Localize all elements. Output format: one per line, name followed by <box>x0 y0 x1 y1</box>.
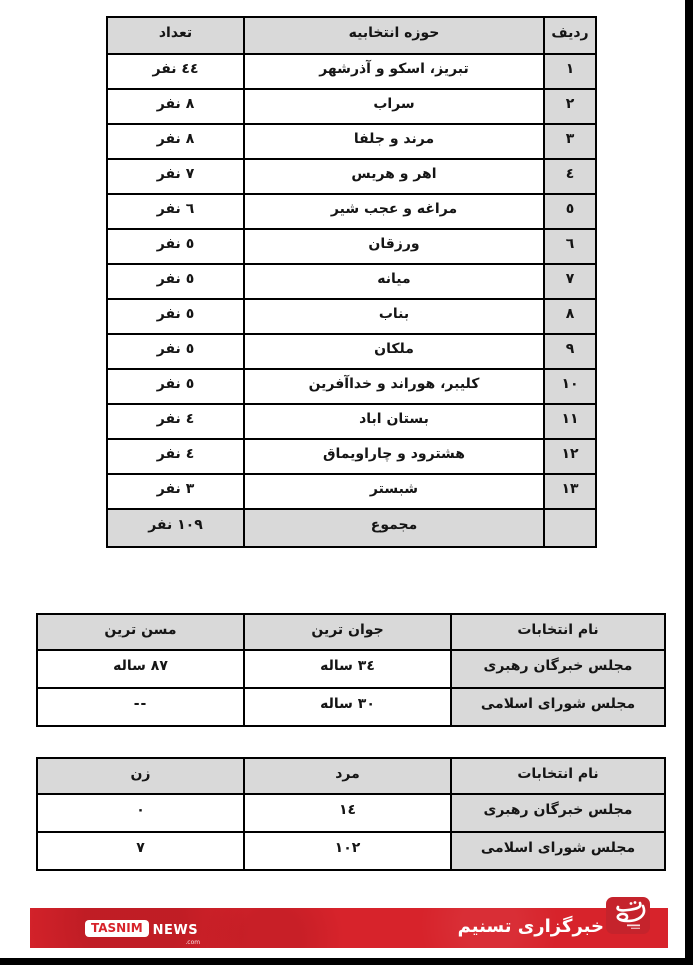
table-row: مجلس شورای اسلامی ١٠٢ ٧ <box>37 832 665 870</box>
row-number-cell: ٥ <box>544 194 596 229</box>
election-name-cell: مجلس شورای اسلامی <box>451 832 665 870</box>
table-row: ١٢ هشترود و چاراویماق ٤ نفر <box>107 439 596 474</box>
tasnim-logo-mark <box>606 897 650 934</box>
column-header-election-name: نام انتخابات <box>451 758 665 794</box>
oldest-age-cell: ٨٧ ساله <box>37 650 244 688</box>
table-row: ٨ بناب ٥ نفر <box>107 299 596 334</box>
table-row: ١ تبریز، اسکو و آذرشهر ٤٤ نفر <box>107 54 596 89</box>
total-row: مجموع ١٠٩ نفر <box>107 509 596 547</box>
district-cell: سراب <box>244 89 544 124</box>
count-cell: ٥ نفر <box>107 299 244 334</box>
youngest-age-cell: ٣٤ ساله <box>244 650 451 688</box>
district-cell: تبریز، اسکو و آذرشهر <box>244 54 544 89</box>
table-row: ٢ سراب ٨ نفر <box>107 89 596 124</box>
table-row: مجلس خبرگان رهبری ٣٤ ساله ٨٧ ساله <box>37 650 665 688</box>
row-number-cell: ١ <box>544 54 596 89</box>
women-count-cell: ٧ <box>37 832 244 870</box>
count-cell: ٤ نفر <box>107 439 244 474</box>
district-cell: اهر و هریس <box>244 159 544 194</box>
column-header-election-name: نام انتخابات <box>451 614 665 650</box>
district-cell: هشترود و چاراویماق <box>244 439 544 474</box>
table-row: ١١ بستان اباد ٤ نفر <box>107 404 596 439</box>
table-row: ٩ ملکان ٥ نفر <box>107 334 596 369</box>
district-cell: کلیبر، هوراند و خداآفرین <box>244 369 544 404</box>
count-cell: ٤ نفر <box>107 404 244 439</box>
district-cell: بناب <box>244 299 544 334</box>
document-page: ردیف حوزه انتخابیه تعداد ١ تبریز، اسکو و… <box>0 0 693 965</box>
column-header-count: تعداد <box>107 17 244 54</box>
district-cell: بستان اباد <box>244 404 544 439</box>
district-cell: میانه <box>244 264 544 299</box>
count-cell: ٨ نفر <box>107 124 244 159</box>
tasnim-calligraphy-icon <box>606 897 650 934</box>
election-name-cell: مجلس خبرگان رهبری <box>451 794 665 832</box>
count-cell: ٥ نفر <box>107 264 244 299</box>
count-cell: ٣ نفر <box>107 474 244 509</box>
news-label: NEWS <box>153 923 198 938</box>
women-count-cell: ٠ <box>37 794 244 832</box>
row-number-cell: ١٣ <box>544 474 596 509</box>
row-number-cell: ٣ <box>544 124 596 159</box>
column-header-oldest: مسن ترین <box>37 614 244 650</box>
dotcom-label: .com <box>185 939 200 946</box>
count-cell: ٥ نفر <box>107 334 244 369</box>
table-row: ١٠ کلیبر، هوراند و خداآفرین ٥ نفر <box>107 369 596 404</box>
news-wordmark: NEWS .com <box>153 919 198 938</box>
election-name-cell: مجلس شورای اسلامی <box>451 688 665 726</box>
row-number-cell: ٧ <box>544 264 596 299</box>
gender-table: نام انتخابات مرد زن مجلس خبرگان رهبری ١٤… <box>36 757 666 871</box>
age-table: نام انتخابات جوان ترین مسن ترین مجلس خبر… <box>36 613 666 727</box>
column-header-district: حوزه انتخابیه <box>244 17 544 54</box>
table-header-row: نام انتخابات جوان ترین مسن ترین <box>37 614 665 650</box>
row-number-cell: ٨ <box>544 299 596 334</box>
tasnim-news-logo: TASNIM NEWS .com <box>85 919 198 938</box>
row-number-cell: ١١ <box>544 404 596 439</box>
scan-edge-right <box>685 0 693 965</box>
column-header-row-number: ردیف <box>544 17 596 54</box>
table-row: ٦ ورزقان ٥ نفر <box>107 229 596 264</box>
row-number-cell: ٢ <box>544 89 596 124</box>
column-header-youngest: جوان ترین <box>244 614 451 650</box>
count-cell: ٧ نفر <box>107 159 244 194</box>
count-cell: ٥ نفر <box>107 369 244 404</box>
count-cell: ٦ نفر <box>107 194 244 229</box>
row-number-cell: ١٢ <box>544 439 596 474</box>
election-name-cell: مجلس خبرگان رهبری <box>451 650 665 688</box>
youngest-age-cell: ٣٠ ساله <box>244 688 451 726</box>
tasnim-banner: TASNIM NEWS .com خبرگزاری تسنیم <box>30 908 668 948</box>
table-row: ٣ مرند و جلفا ٨ نفر <box>107 124 596 159</box>
column-header-women: زن <box>37 758 244 794</box>
table-row: ١٣ شبستر ٣ نفر <box>107 474 596 509</box>
total-count-cell: ١٠٩ نفر <box>107 509 244 547</box>
district-cell: شبستر <box>244 474 544 509</box>
table-row: ٧ میانه ٥ نفر <box>107 264 596 299</box>
district-cell: مراغه و عجب شیر <box>244 194 544 229</box>
total-label-cell: مجموع <box>244 509 544 547</box>
table-row: مجلس خبرگان رهبری ١٤ ٠ <box>37 794 665 832</box>
row-number-cell: ٦ <box>544 229 596 264</box>
row-number-cell: ٩ <box>544 334 596 369</box>
column-header-men: مرد <box>244 758 451 794</box>
count-cell: ٥ نفر <box>107 229 244 264</box>
tasnim-logo-box: TASNIM <box>85 920 149 937</box>
row-number-cell: ٤ <box>544 159 596 194</box>
empty-cell <box>544 509 596 547</box>
agency-name-persian: خبرگزاری تسنیم <box>458 916 604 937</box>
district-cell: ورزقان <box>244 229 544 264</box>
men-count-cell: ١٠٢ <box>244 832 451 870</box>
constituency-table: ردیف حوزه انتخابیه تعداد ١ تبریز، اسکو و… <box>106 16 597 548</box>
table-header-row: نام انتخابات مرد زن <box>37 758 665 794</box>
table-row: مجلس شورای اسلامی ٣٠ ساله -- <box>37 688 665 726</box>
scan-edge-bottom <box>0 958 693 965</box>
men-count-cell: ١٤ <box>244 794 451 832</box>
count-cell: ٤٤ نفر <box>107 54 244 89</box>
row-number-cell: ١٠ <box>544 369 596 404</box>
district-cell: مرند و جلفا <box>244 124 544 159</box>
table-row: ٤ اهر و هریس ٧ نفر <box>107 159 596 194</box>
count-cell: ٨ نفر <box>107 89 244 124</box>
district-cell: ملکان <box>244 334 544 369</box>
table-header-row: ردیف حوزه انتخابیه تعداد <box>107 17 596 54</box>
oldest-age-cell: -- <box>37 688 244 726</box>
table-row: ٥ مراغه و عجب شیر ٦ نفر <box>107 194 596 229</box>
